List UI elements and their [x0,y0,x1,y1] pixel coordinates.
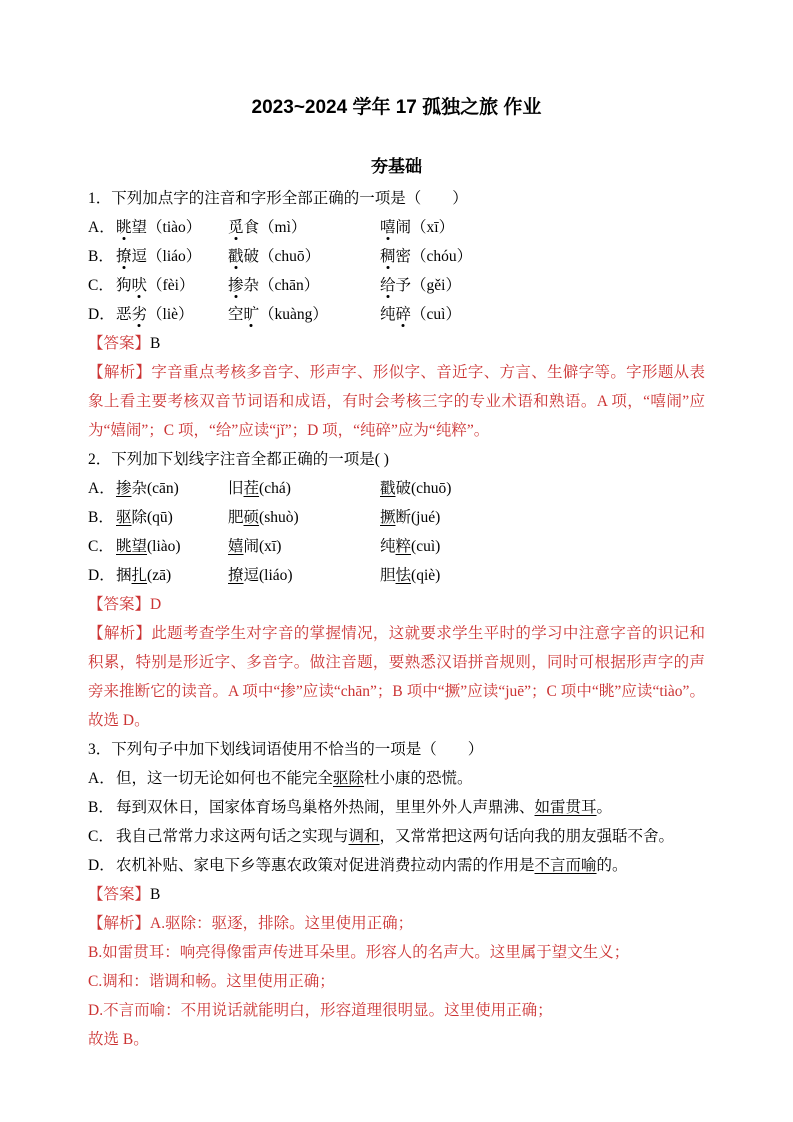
emphasized-char: 戳 [228,248,244,265]
analysis-text: 此题考查学生对字音的掌握情况，这就要求学生平时的学习中注意字音的识记和积累，特别… [88,625,705,729]
plain-text: 逗（liáo） [132,248,202,265]
plain-text: 纯 [380,538,396,555]
answer-value: B [150,335,160,352]
plain-text: 杂(cān) [132,480,179,497]
option-label: B． [88,503,116,532]
plain-text: 破（chuō） [244,248,321,265]
option-label: A． [88,213,116,242]
underlined-word: 茬 [244,480,260,497]
question-3-option-c: C． 我自己常常力求这两句话之实现与调和，又常常把这两句话向我的朋友强聒不舍。 [88,822,705,851]
plain-text: 空 [228,306,244,323]
plain-text: 望（tiào） [132,219,202,236]
option-label: B． [88,242,116,271]
plain-text: 每到双休日，国家体育场鸟巢格外热闹，里里外外人声鼎沸、 [116,799,535,816]
option-item: 恶劣（liè） [116,300,228,329]
question-1-option-a: A． 眺望（tiào） 觅食（mì） 嘻闹（xī） [88,213,705,242]
analysis-label: 【解析】 [88,915,150,932]
question-2-answer-line: 【答案】D [88,590,705,619]
document-title: 2023~2024 学年 17 孤独之旅 作业 [88,96,705,120]
option-label: D． [88,561,116,590]
question-2-option-d: D． 捆扎(zā) 撩逗(liáo) 胆怯(qiè) [88,561,705,590]
answer-label: 【答案】 [88,335,150,352]
plain-text: （liè） [147,306,194,323]
emphasized-char: 撩 [116,248,132,265]
underlined-word: 眺望 [116,538,147,555]
question-2-analysis: 【解析】此题考查学生对字音的掌握情况，这就要求学生平时的学习中注意字音的识记和积… [88,619,705,735]
question-1: 1．下列加点字的注音和字形全部正确的一项是（ ） A． 眺望（tiào） 觅食（… [88,184,705,445]
question-2-option-a: A． 掺杂(cān) 旧茬(chá) 戳破(chuō) [88,474,705,503]
underlined-word: 不言而喻 [535,857,597,874]
document-page: 2023~2024 学年 17 孤独之旅 作业 夯基础 1．下列加点字的注音和字… [0,0,793,1122]
question-1-option-c: C． 狗吠（fèi） 掺杂（chān） 给予（gěi） [88,271,705,300]
question-2: 2．下列加下划线字注音全都正确的一项是( ) A． 掺杂(cān) 旧茬(chá… [88,445,705,735]
underlined-word: 戳 [380,480,396,497]
question-3-option-b: B． 每到双休日，国家体育场鸟巢格外热闹，里里外外人声鼎沸、如雷贯耳。 [88,793,705,822]
underlined-word: 如雷贯耳 [535,799,597,816]
question-1-analysis: 【解析】字音重点考核多音字、形声字、形似字、音近字、方言、生僻字等。字形题从表象… [88,358,705,445]
plain-text: 恶 [116,306,132,323]
plain-text: 密（chóu） [396,248,473,265]
emphasized-char: 吠 [132,277,148,294]
plain-text: 但，这一切无论如何也不能完全 [116,770,333,787]
plain-text: (chá) [259,480,291,497]
question-1-stem: 1．下列加点字的注音和字形全部正确的一项是（ ） [88,184,705,213]
plain-text: 的。 [597,857,628,874]
analysis-label: 【解析】 [88,364,151,381]
option-label: A． [88,764,116,793]
underlined-word: 驱除 [333,770,364,787]
plain-text: 胆 [380,567,396,584]
option-item: 眺望(liào) [116,532,228,561]
plain-text: 我自己常常力求这两句话之实现与 [116,828,349,845]
option-label: C． [88,532,116,561]
underlined-word: 掺 [116,480,132,497]
option-item: 戳破(chuō) [380,474,705,503]
option-item: 觅食（mì） [228,213,380,242]
option-item: 纯碎（cuì） [380,300,705,329]
plain-text: 破(chuō) [396,480,452,497]
question-3-option-a: A． 但，这一切无论如何也不能完全驱除杜小康的恐慌。 [88,764,705,793]
underlined-word: 驱 [116,509,132,526]
option-item: 狗吠（fèi） [116,271,228,300]
question-1-option-d: D． 恶劣（liè） 空旷（kuàng） 纯碎（cuì） [88,300,705,329]
underlined-word: 怯 [396,567,412,584]
plain-text: 断(jué) [396,509,441,526]
option-item: 纯粹(cuì) [380,532,705,561]
question-3-analysis-line-3: C.调和：谐调和畅。这里使用正确； [88,967,705,996]
emphasized-char: 旷 [244,306,260,323]
plain-text: （fèi） [147,277,194,294]
option-item: 肥硕(shuò) [228,503,380,532]
answer-value: B [150,886,160,903]
plain-text: 闹（xī） [396,219,455,236]
plain-text: 旧 [228,480,244,497]
emphasized-char: 稠 [380,248,396,265]
analysis-text: 字音重点考核多音字、形声字、形似字、音近字、方言、生僻字等。字形题从表象上看主要… [88,364,705,439]
plain-text: 食（mì） [244,219,307,236]
plain-text: (cuì) [411,538,440,555]
option-item: 眺望（tiào） [116,213,228,242]
option-sentence: 农机补贴、家电下乡等惠农政策对促进消费拉动内需的作用是不言而喻的。 [116,851,705,880]
plain-text: （cuì） [411,306,461,323]
option-item: 空旷（kuàng） [228,300,380,329]
answer-value: D [150,596,161,613]
plain-text: ，又常常把这两句话向我的朋友强聒不舍。 [380,828,675,845]
plain-text: （kuàng） [259,306,328,323]
question-3-option-d: D． 农机补贴、家电下乡等惠农政策对促进消费拉动内需的作用是不言而喻的。 [88,851,705,880]
question-3-answer-line: 【答案】B [88,880,705,909]
answer-label: 【答案】 [88,596,150,613]
plain-text: 逗(liáo) [244,567,293,584]
option-item: 撩逗(liáo) [228,561,380,590]
emphasized-char: 给 [380,277,396,294]
option-item: 掺杂（chān） [228,271,380,300]
plain-text: 杂（chān） [244,277,320,294]
question-3: 3．下列句子中加下划线词语使用不恰当的一项是（ ） A． 但，这一切无论如何也不… [88,735,705,1054]
plain-text: (zā) [147,567,171,584]
plain-text: 闹(xī) [244,538,282,555]
plain-text: (shuò) [259,509,299,526]
option-label: C． [88,271,116,300]
option-label: A． [88,474,116,503]
question-3-analysis-line-4: D.不言而喻：不用说话就能明白，形容道理很明显。这里使用正确； [88,996,705,1025]
plain-text: 捆 [116,567,132,584]
option-label: C． [88,822,116,851]
option-item: 捆扎(zā) [116,561,228,590]
question-1-option-b: B． 撩逗（liáo） 戳破（chuō） 稠密（chóu） [88,242,705,271]
underlined-word: 硕 [244,509,260,526]
option-item: 嬉闹(xī) [228,532,380,561]
option-sentence: 每到双休日，国家体育场鸟巢格外热闹，里里外外人声鼎沸、如雷贯耳。 [116,793,705,822]
emphasized-char: 劣 [132,306,148,323]
underlined-word: 调和 [349,828,380,845]
question-3-analysis-line-2: B.如雷贯耳：响亮得像雷声传进耳朵里。形容人的名声大。这里属于望文生义； [88,938,705,967]
option-sentence: 我自己常常力求这两句话之实现与调和，又常常把这两句话向我的朋友强聒不舍。 [116,822,705,851]
option-item: 嘻闹（xī） [380,213,705,242]
section-heading: 夯基础 [88,156,705,178]
option-label: D． [88,300,116,329]
plain-text: 。 [597,799,613,816]
plain-text: 杜小康的恐慌。 [364,770,473,787]
option-sentence: 但，这一切无论如何也不能完全驱除杜小康的恐慌。 [116,764,705,793]
emphasized-char: 觅 [228,219,244,236]
emphasized-char: 嘻 [380,219,396,236]
option-item: 戳破（chuō） [228,242,380,271]
underlined-word: 撅 [380,509,396,526]
answer-label: 【答案】 [88,886,150,903]
question-2-option-b: B． 驱除(qū) 肥硕(shuò) 撅断(jué) [88,503,705,532]
option-item: 胆怯(qiè) [380,561,705,590]
analysis-text: A.驱除：驱逐，排除。这里使用正确； [150,915,413,932]
underlined-word: 扎 [132,567,148,584]
plain-text: (qiè) [411,567,440,584]
option-item: 旧茬(chá) [228,474,380,503]
plain-text: 除(qū) [132,509,173,526]
option-item: 撩逗（liáo） [116,242,228,271]
underlined-word: 撩 [228,567,244,584]
option-item: 给予（gěi） [380,271,705,300]
underlined-word: 粹 [396,538,412,555]
analysis-label: 【解析】 [88,625,151,642]
plain-text: (liào) [147,538,181,555]
underlined-word: 嬉 [228,538,244,555]
emphasized-char: 掺 [228,277,244,294]
option-item: 稠密（chóu） [380,242,705,271]
question-2-stem: 2．下列加下划线字注音全都正确的一项是( ) [88,445,705,474]
question-3-analysis-line-5: 故选 B。 [88,1025,705,1054]
plain-text: 纯 [380,306,396,323]
emphasized-char: 碎 [396,306,412,323]
option-item: 掺杂(cān) [116,474,228,503]
question-3-analysis-line-1: 【解析】A.驱除：驱逐，排除。这里使用正确； [88,909,705,938]
plain-text: 予（gěi） [396,277,461,294]
plain-text: 狗 [116,277,132,294]
question-3-stem: 3．下列句子中加下划线词语使用不恰当的一项是（ ） [88,735,705,764]
option-item: 驱除(qū) [116,503,228,532]
question-2-option-c: C． 眺望(liào) 嬉闹(xī) 纯粹(cuì) [88,532,705,561]
plain-text: 农机补贴、家电下乡等惠农政策对促进消费拉动内需的作用是 [116,857,535,874]
question-1-answer-line: 【答案】B [88,329,705,358]
option-label: D． [88,851,116,880]
plain-text: 肥 [228,509,244,526]
emphasized-char: 眺 [116,219,132,236]
option-item: 撅断(jué) [380,503,705,532]
option-label: B． [88,793,116,822]
